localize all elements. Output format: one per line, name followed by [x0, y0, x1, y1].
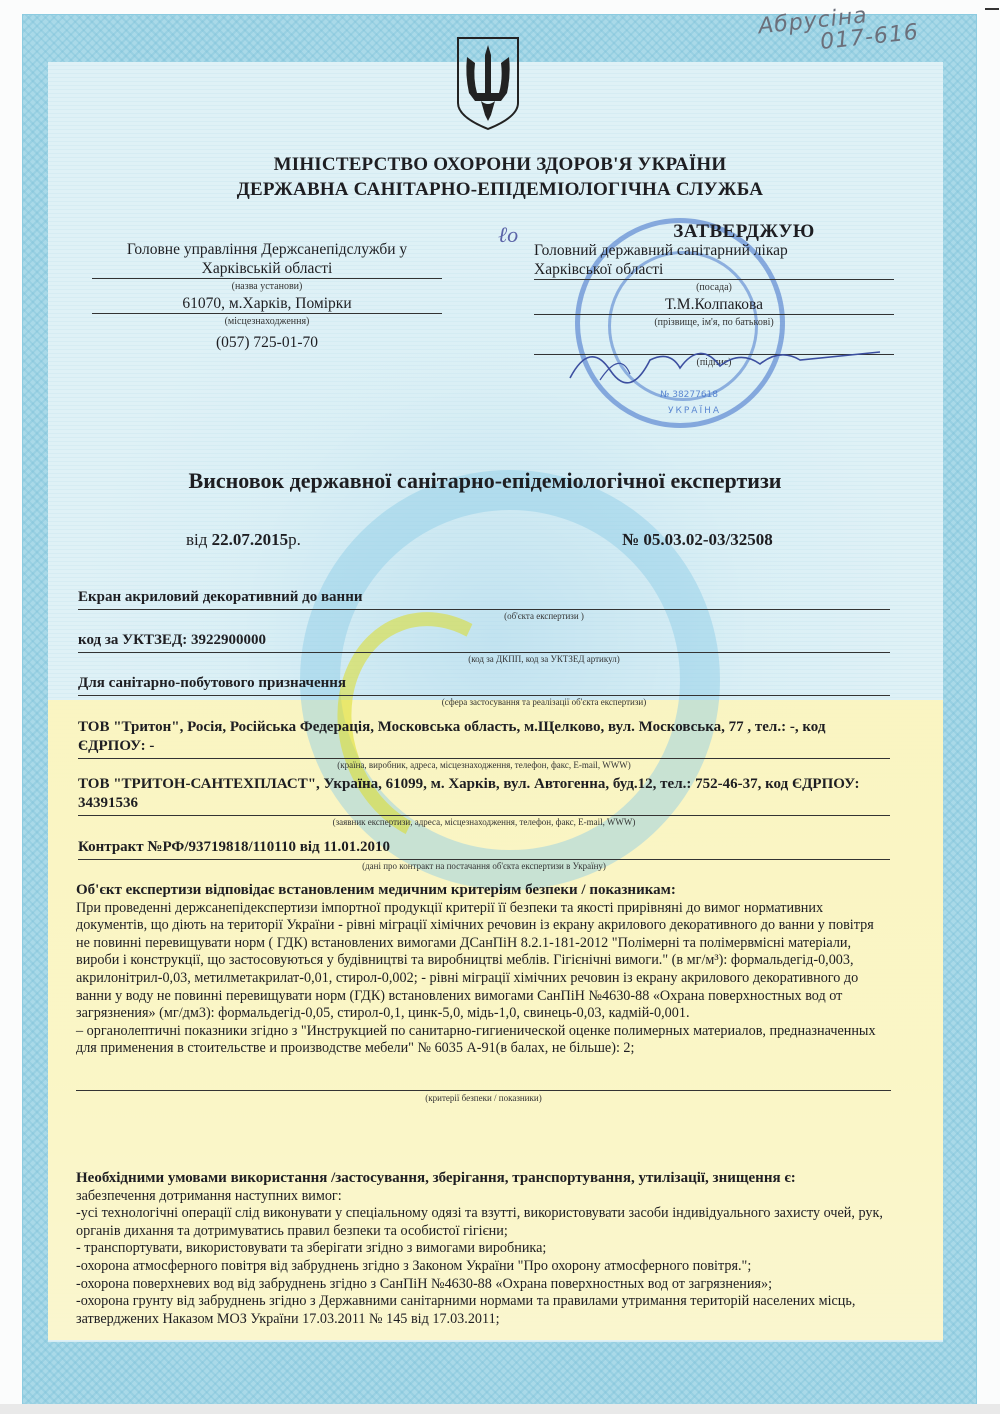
field-scope-caption: (сфера застосування та реалізації об'єкт…	[78, 696, 890, 709]
stamp-number: № 38277618	[660, 390, 718, 400]
field-scope: Для санітарно-побутового призначення (сф…	[78, 674, 890, 709]
conditions-item: -охорона атмосферного повітря від забруд…	[76, 1258, 891, 1276]
trident-coat-of-arms-icon	[455, 35, 521, 131]
approval-title: ЗАТВЕРДЖУЮ	[594, 222, 894, 241]
conditions-heading: Необхідними умовами використання /застос…	[76, 1170, 891, 1188]
institution-name-line1: Головне управління Держсанепідслужби у	[92, 240, 442, 259]
approval-position-line1: Головний державний санітарний лікар	[534, 241, 894, 260]
criteria-text-organoleptic: – органолептичні показники згідно з "Инс…	[76, 1023, 891, 1058]
field-contract-caption: (дані про контракт на постачання об'єкта…	[78, 860, 890, 873]
criteria-section: Об'єкт експертизи відповідає встановлени…	[76, 882, 891, 1106]
document-date-prefix: від	[186, 530, 212, 549]
field-applicant-caption: (заявник експертизи, адреса, місцезнаход…	[78, 816, 890, 829]
field-object-value: Екран акриловий декоративний до ванни	[78, 588, 890, 610]
approval-position-caption: (посада)	[534, 280, 894, 295]
handwritten-ink-mark: ℓо	[498, 222, 518, 248]
conditions-item: -усі технологічні операції слід виконува…	[76, 1205, 891, 1240]
scan-edge-mark	[985, 8, 999, 10]
stamp-country: УКРАЇНА	[668, 406, 721, 416]
field-applicant-value: ТОВ "ТРИТОН-САНТЕХПЛАСТ", Україна, 61099…	[78, 775, 890, 816]
conditions-item: - транспортувати, використовувати та збе…	[76, 1240, 891, 1258]
field-code: код за УКТЗЕД: 3922900000 (код за ДКПП, …	[78, 631, 890, 666]
signature-scribble	[560, 330, 890, 390]
field-code-value: код за УКТЗЕД: 3922900000	[78, 631, 890, 653]
field-object: Екран акриловий декоративний до ванни (о…	[78, 588, 890, 623]
institution-name-caption: (назва установи)	[92, 279, 442, 294]
approval-position-line2: Харківської області	[534, 260, 894, 280]
document-number: № 05.03.02-03/32508	[622, 530, 773, 550]
scan-bottom-edge	[0, 1404, 1000, 1414]
field-object-caption: (об'єкта експертизи )	[78, 610, 890, 623]
institution-address: 61070, м.Харків, Помірки	[92, 294, 442, 314]
ministry-header: МІНІСТЕРСТВО ОХОРОНИ ЗДОРОВ'Я УКРАЇНИ ДЕ…	[0, 152, 1000, 202]
field-applicant: ТОВ "ТРИТОН-САНТЕХПЛАСТ", Україна, 61099…	[78, 775, 890, 829]
field-manufacturer-caption: (країна, виробник, адреса, місцезнаходже…	[78, 759, 890, 772]
criteria-line	[76, 1058, 891, 1091]
field-manufacturer-value: ТОВ "Тритон", Росія, Російська Федерація…	[78, 718, 890, 759]
criteria-heading: Об'єкт експертизи відповідає встановлени…	[76, 882, 891, 900]
document-date: від 22.07.2015р.	[186, 530, 301, 550]
institution-phone: (057) 725-01-70	[92, 333, 442, 352]
criteria-text: При проведенні держсанепідекспертизи імп…	[76, 900, 891, 1023]
conditions-item: -охорона поверхневих вод від забруднень …	[76, 1276, 891, 1294]
document-title: Висновок державної санітарно-епідеміолог…	[0, 468, 970, 494]
document-date-suffix: р.	[288, 530, 301, 549]
institution-name-line2: Харківській області	[92, 259, 442, 279]
field-contract: Контракт №РФ/93719818/110110 від 11.01.2…	[78, 838, 890, 873]
conditions-intro: забезпечення дотримання наступних вимог:	[76, 1188, 891, 1206]
institution-address-caption: (місцезнаходження)	[92, 314, 442, 329]
field-contract-value: Контракт №РФ/93719818/110110 від 11.01.2…	[78, 838, 890, 860]
approval-name-caption: (прізвище, ім'я, по батькові)	[534, 315, 894, 330]
ministry-name: МІНІСТЕРСТВО ОХОРОНИ ЗДОРОВ'Я УКРАЇНИ	[0, 152, 1000, 177]
conditions-section: Необхідними умовами використання /застос…	[76, 1170, 891, 1328]
service-name: ДЕРЖАВНА САНІТАРНО-ЕПІДЕМІОЛОГІЧНА СЛУЖБ…	[0, 177, 1000, 202]
field-manufacturer: ТОВ "Тритон", Росія, Російська Федерація…	[78, 718, 890, 772]
conditions-item: -охорона грунту від забруднень згідно з …	[76, 1293, 891, 1328]
institution-block: Головне управління Держсанепідслужби у Х…	[92, 240, 442, 352]
approval-name: Т.М.Колпакова	[534, 295, 894, 315]
document-date-value: 22.07.2015	[212, 530, 289, 549]
criteria-caption: (критерії безпеки / показники)	[76, 1091, 891, 1106]
field-code-caption: (код за ДКПП, код за УКТЗЕД артикул)	[78, 653, 890, 666]
field-scope-value: Для санітарно-побутового призначення	[78, 674, 890, 696]
